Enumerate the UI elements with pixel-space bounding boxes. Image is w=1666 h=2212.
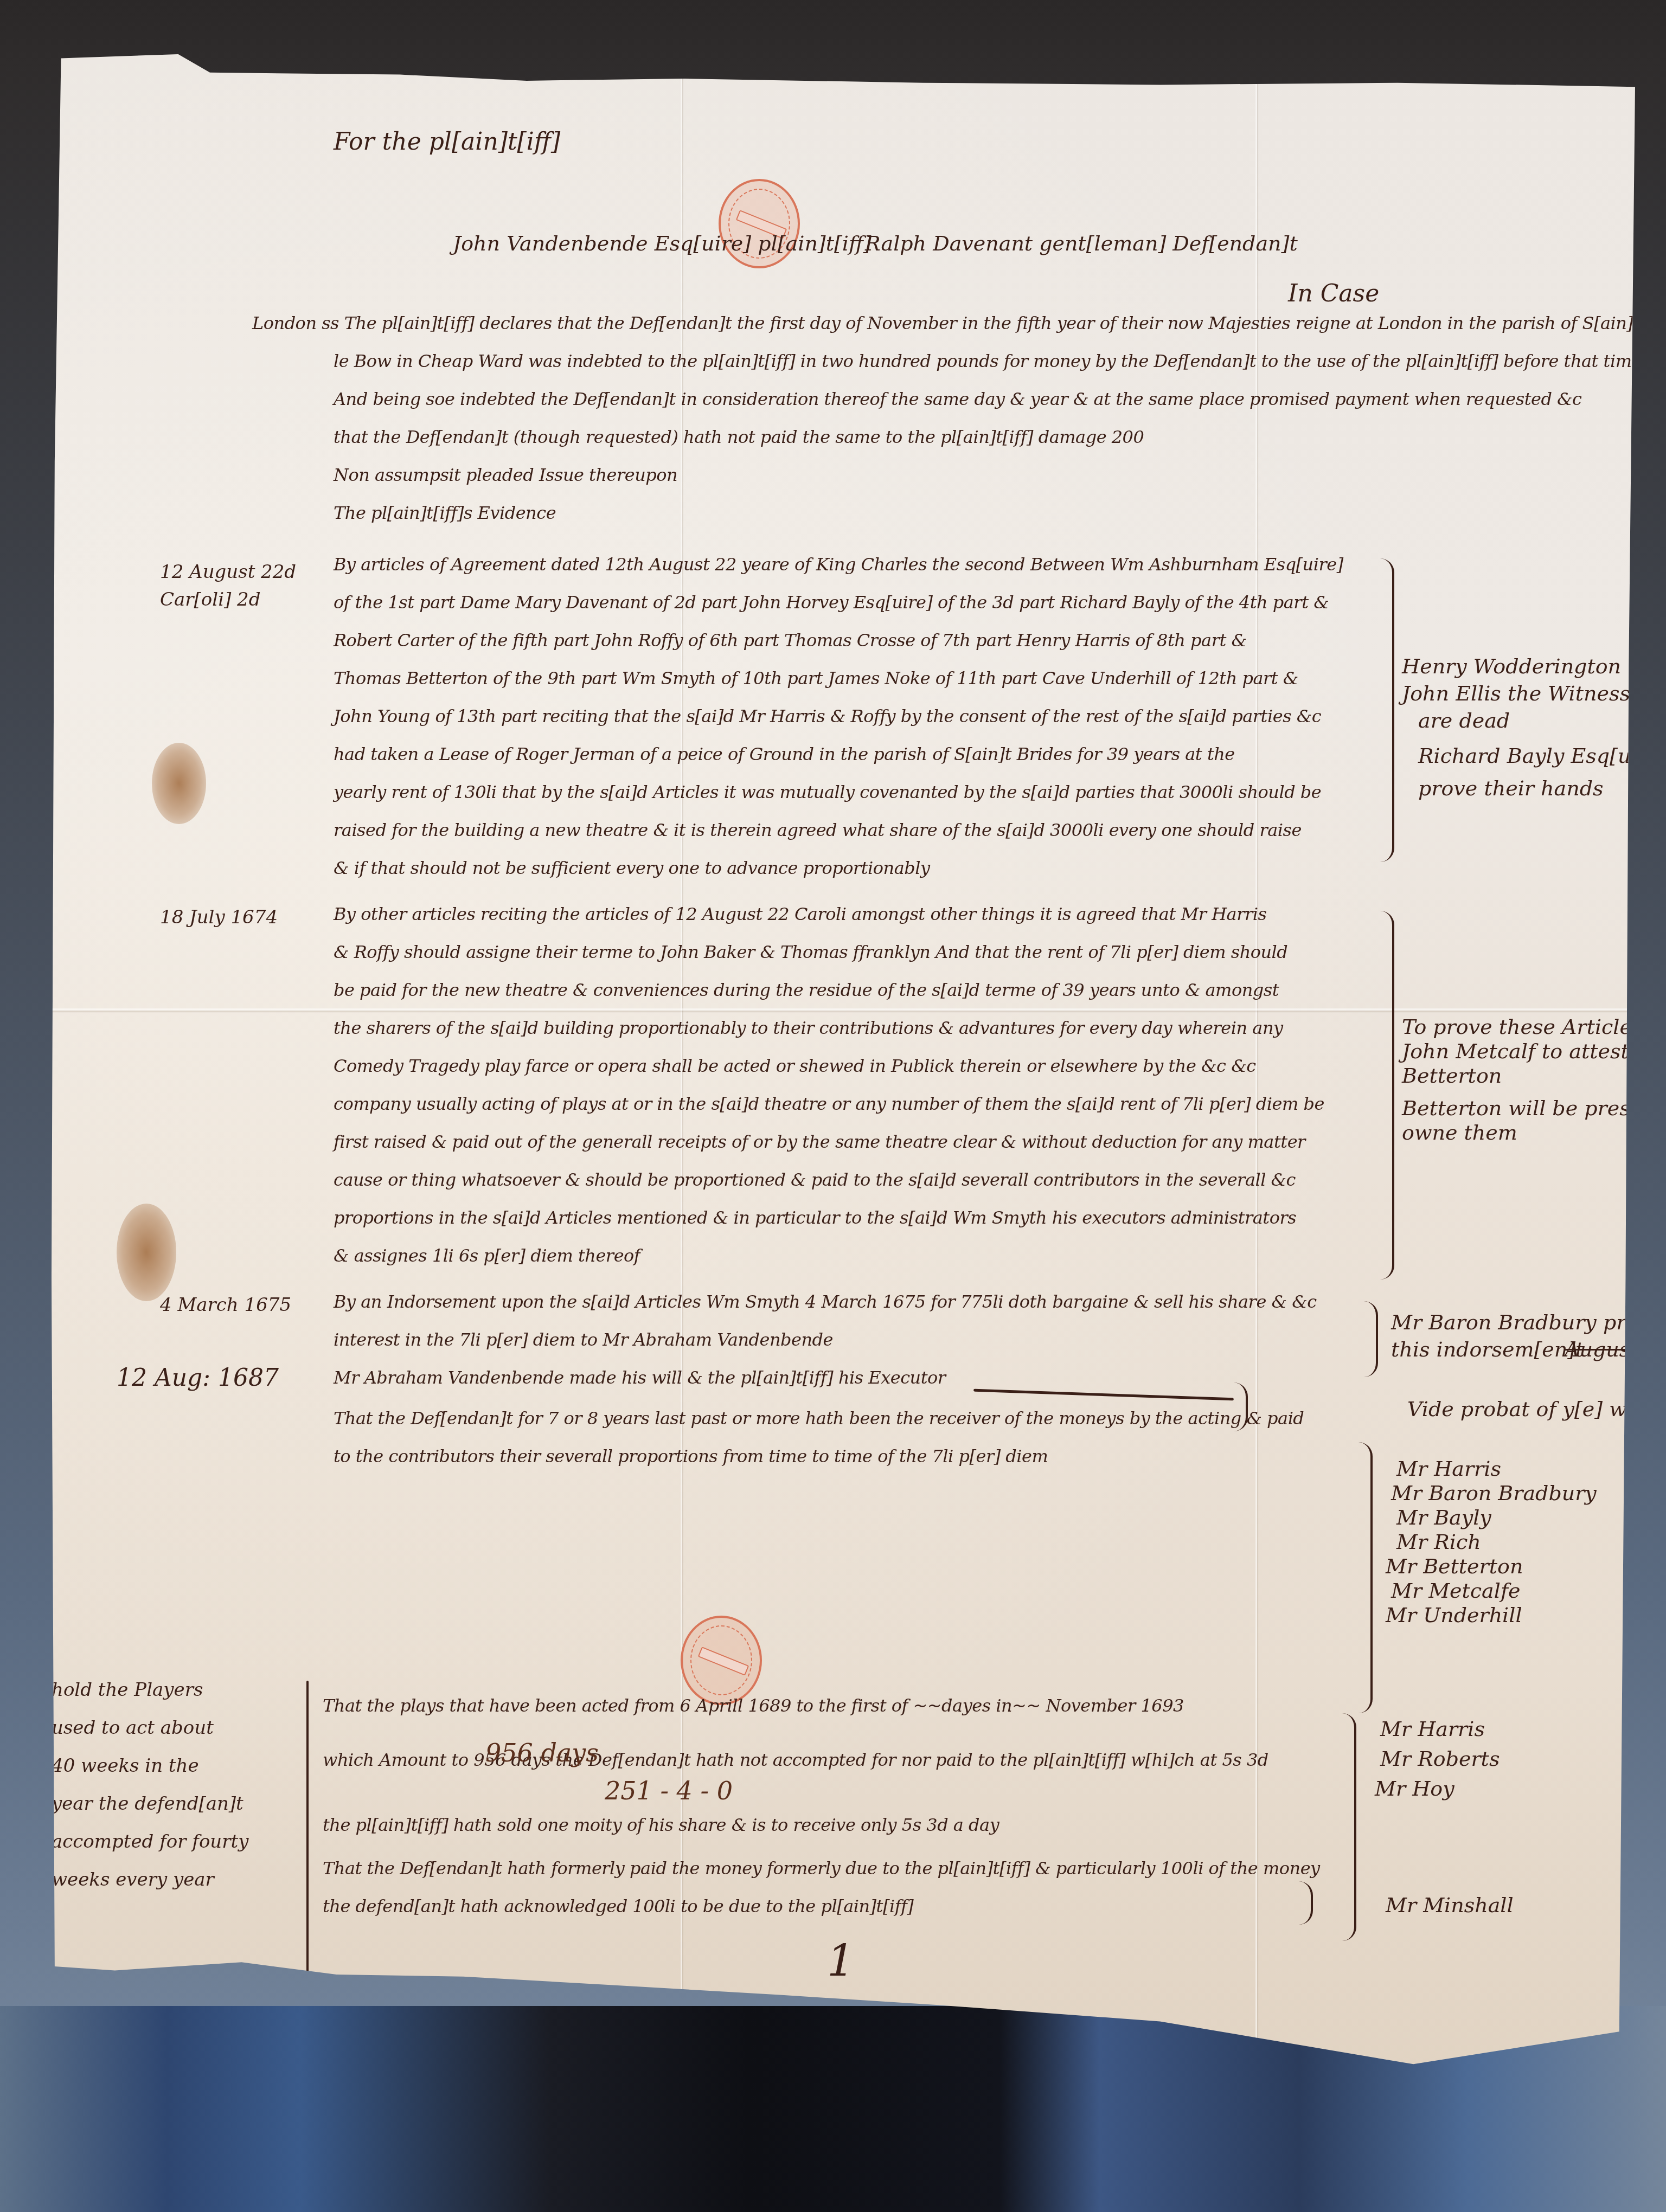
- margin-note: Mr Minshall: [1386, 1895, 1514, 1915]
- entry-line: Comedy Tragedy play farce or opera shall…: [334, 1057, 1256, 1075]
- defendant-name: Ralph Davenant gent[leman] Def[endan]t: [865, 233, 1298, 254]
- entry-line: be paid for the new theatre & convenienc…: [334, 981, 1279, 999]
- water-stain: [117, 1204, 176, 1301]
- margin-note: Mr Baron Bradbury proves: [1391, 1312, 1666, 1333]
- left-note: year the defend[an]t: [52, 1795, 244, 1813]
- entry-line: the defend[an]t hath acknowledged 100li …: [323, 1898, 913, 1915]
- entry-line: had taken a Lease of Roger Jerman of a p…: [334, 745, 1235, 763]
- entry-line: & if that should not be sufficient every…: [334, 859, 930, 877]
- entry-line: John Young of 13th part reciting that th…: [334, 708, 1321, 725]
- margin-note: Henry Wodderington: [1402, 656, 1621, 677]
- left-note: hold the Players: [52, 1681, 203, 1699]
- entry-line: yearly rent of 130li that by the s[ai]d …: [334, 783, 1321, 801]
- right-brace: [1380, 558, 1394, 862]
- entry-line: company usually acting of plays at or in…: [334, 1095, 1324, 1113]
- entry-line: By an Indorsement upon the s[ai]d Articl…: [334, 1293, 1317, 1310]
- margin-note: Mr Baron Bradbury: [1391, 1483, 1597, 1503]
- margin-note: Mr Rich: [1396, 1532, 1481, 1552]
- margin-note: prove their hands: [1418, 778, 1603, 799]
- entry-line: proportions in the s[ai]d Articles menti…: [334, 1209, 1296, 1226]
- declaration-line: le Bow in Cheap Ward was indebted to the…: [334, 352, 1666, 370]
- water-stain: [152, 743, 206, 824]
- entry-date: 12 August 22d Car[oli] 2d: [160, 558, 301, 614]
- entry-line: raised for the building a new theatre & …: [334, 821, 1302, 839]
- entry-line: the sharers of the s[ai]d building propo…: [334, 1019, 1283, 1037]
- entry-line: That the plays that have been acted from…: [323, 1697, 1184, 1714]
- entry-date: 4 March 1675: [160, 1296, 291, 1314]
- margin-note: Mr Metcalfe: [1391, 1580, 1520, 1601]
- margin-note: Richard Bayly Esq[uire]: [1418, 745, 1666, 766]
- entry-line: That the Def[endan]t for 7 or 8 years la…: [334, 1410, 1304, 1427]
- pen-stroke: [973, 1389, 1234, 1401]
- entry-date: 18 July 1674: [160, 908, 278, 927]
- margin-note: this indorsem[en]t: [1391, 1339, 1584, 1360]
- margin-note: owne them: [1402, 1122, 1517, 1143]
- entry-date: 12 Aug: 1687: [117, 1366, 279, 1390]
- red-embossed-seal: [681, 1616, 762, 1705]
- right-brace: [1380, 911, 1394, 1279]
- margin-note: Mr Betterton: [1386, 1556, 1523, 1577]
- margin-note: Mr Roberts: [1380, 1748, 1500, 1769]
- left-divider-line: [306, 1681, 309, 1979]
- entry-line: Robert Carter of the fifth part John Rof…: [334, 632, 1246, 649]
- margin-note: Mr Underhill: [1386, 1605, 1522, 1625]
- margin-note: Mr Bayly: [1396, 1507, 1491, 1528]
- plea-line: Non assumpsit pleaded Issue thereupon: [334, 466, 677, 484]
- plaintiff-name: John Vandenbende Esq[uire] pl[ain]t[iff]: [453, 233, 872, 254]
- right-brace: [1342, 1713, 1356, 1941]
- days-figure: 956 days: [485, 1740, 599, 1765]
- entry-line: Mr Abraham Vandenbende made his will & t…: [334, 1369, 946, 1386]
- entry-line: & assignes 1li 6s p[er] diem thereof: [334, 1247, 640, 1264]
- entry-line: cause or thing whatsoever & should be pr…: [334, 1171, 1296, 1188]
- entry-line: Thomas Betterton of the 9th part Wm Smyt…: [334, 670, 1298, 687]
- margin-note: are dead: [1418, 710, 1510, 731]
- right-brace: [1299, 1881, 1313, 1925]
- margin-note: To prove these Articles: [1402, 1017, 1643, 1037]
- margin-note: John Metcalf to attest but: [1402, 1041, 1666, 1062]
- entry-line: which Amount to 956 days the Def[endan]t…: [323, 1751, 1268, 1769]
- entry-line: By articles of Agreement dated 12th Augu…: [334, 556, 1343, 573]
- entry-line: first raised & paid out of the generall …: [334, 1133, 1305, 1150]
- margin-note: Betterton: [1402, 1065, 1502, 1086]
- struck-margin-note: August 87: [1565, 1339, 1666, 1360]
- declaration-line: London ss The pl[ain]t[iff] declares tha…: [252, 314, 1666, 332]
- left-note: accompted for fourty: [52, 1832, 248, 1851]
- declaration-line: that the Def[endan]t (though requested) …: [334, 428, 1144, 446]
- margin-note: Mr Harris: [1396, 1458, 1501, 1479]
- margin-note: Vide probat of y[e] will: [1407, 1399, 1646, 1419]
- declaration-line: And being soe indebted the Def[endan]t i…: [334, 390, 1582, 408]
- evidence-heading: The pl[ain]t[iff]s Evidence: [334, 504, 556, 522]
- right-brace: [1359, 1442, 1373, 1713]
- margin-note: Betterton will be present &: [1402, 1098, 1666, 1118]
- left-note: 40 weeks in the: [52, 1757, 199, 1775]
- manuscript-page: For the pl[ain]t[iff] John Vandenbende E…: [52, 54, 1635, 2093]
- entry-line: the pl[ain]t[iff] hath sold one moity of…: [323, 1816, 999, 1834]
- entry-line: & Roffy should assigne their terme to Jo…: [334, 943, 1287, 961]
- entry-line: interest in the 7li p[er] diem to Mr Abr…: [334, 1331, 833, 1348]
- entry-line: to the contributors their severall propo…: [334, 1448, 1048, 1465]
- in-case-heading: In Case: [1288, 282, 1379, 306]
- entry-line: of the 1st part Dame Mary Davenant of 2d…: [334, 594, 1329, 611]
- entry-line: By other articles reciting the articles …: [334, 905, 1266, 923]
- right-brace: [1364, 1301, 1378, 1377]
- for-plaintiff-heading: For the pl[ain]t[iff]: [334, 130, 560, 154]
- entry-line: That the Def[endan]t hath formerly paid …: [323, 1860, 1320, 1877]
- left-note: weeks every year: [52, 1870, 214, 1889]
- page-number: 1: [827, 1935, 855, 1986]
- margin-note: Mr Hoy: [1375, 1778, 1454, 1799]
- margin-note: Mr Harris: [1380, 1719, 1485, 1739]
- margin-note: John Ellis the Witnesses: [1402, 683, 1653, 704]
- left-note: used to act about: [52, 1719, 214, 1737]
- horizontal-fold-line: [52, 1008, 1635, 1011]
